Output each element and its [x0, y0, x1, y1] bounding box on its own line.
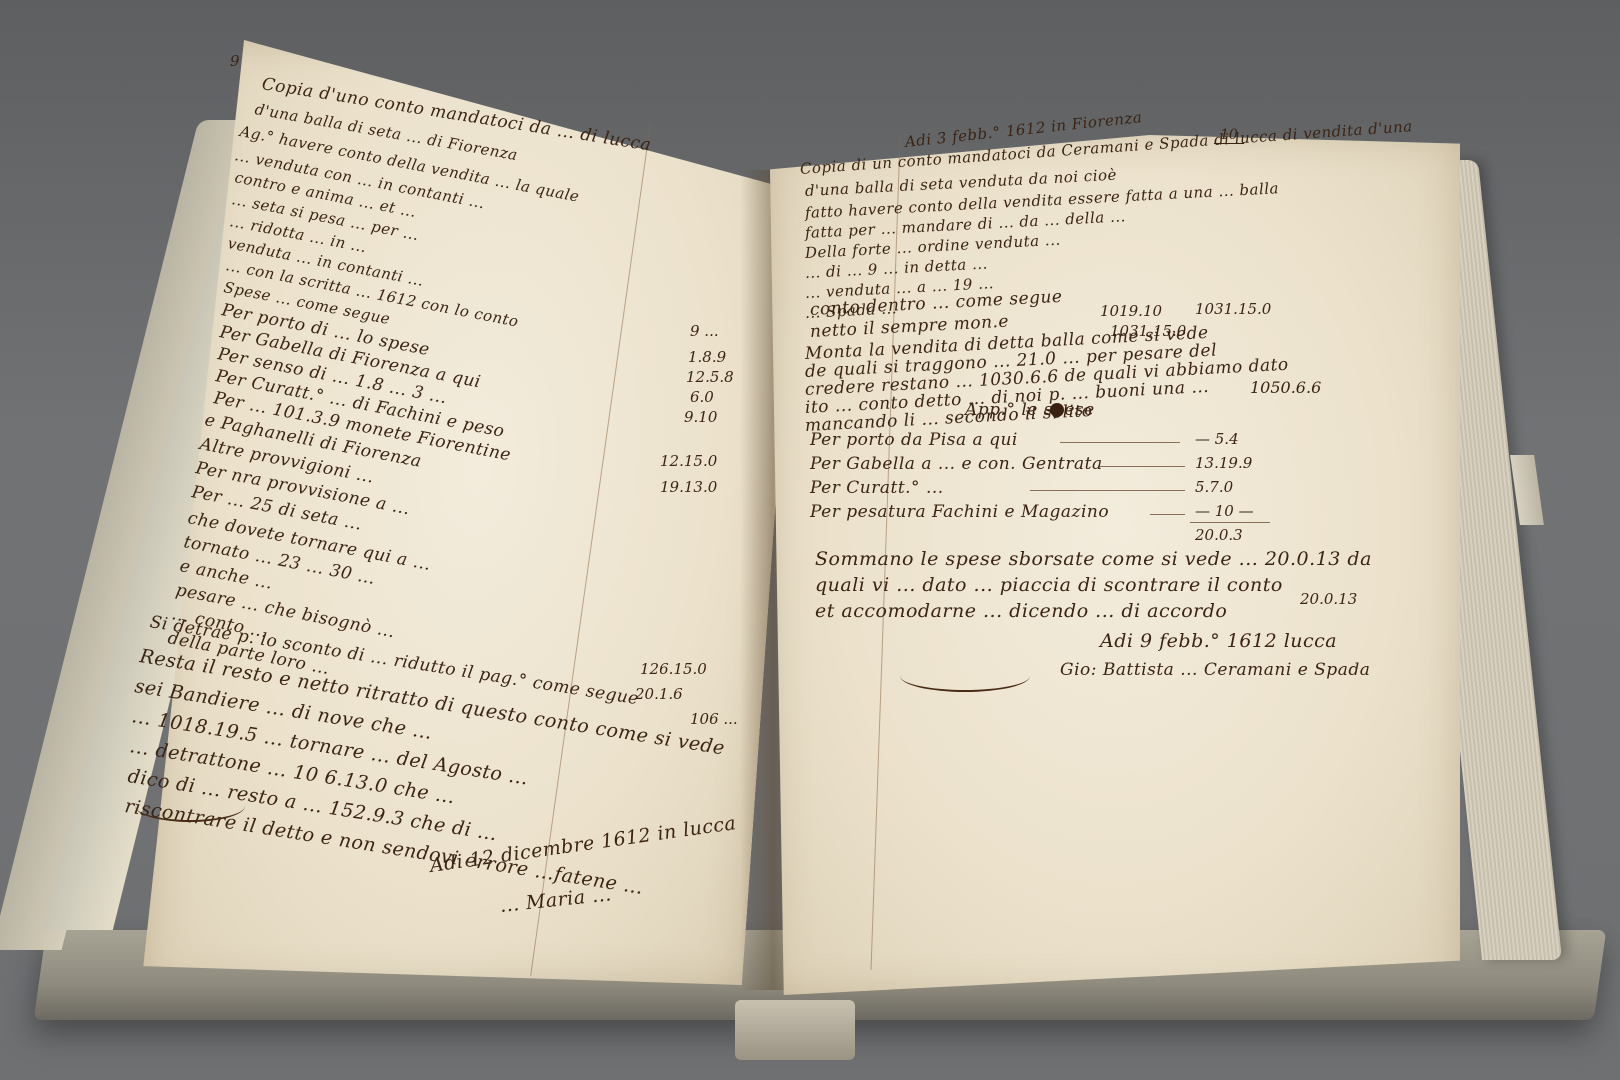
summary-line: quali vi ... dato ... piaccia di scontra…: [815, 574, 1283, 596]
expense-label: Per pesatura Fachini e Magazino: [810, 502, 1109, 522]
right-amount-gross: 1019.10: [1100, 302, 1162, 320]
left-amount: 12.15.0: [660, 452, 717, 470]
expense-amount: 13.19.9: [1195, 454, 1252, 472]
right-signature: Gio: Battista ... Ceramani e Spada: [1060, 660, 1370, 680]
expense-amount: 5.7.0: [1195, 478, 1233, 496]
expense-label: Per Gabella a ... e con. Gentrata: [810, 454, 1103, 474]
left-amount: 126.15.0: [640, 660, 707, 678]
total-rule: [1190, 522, 1270, 523]
expenses-heading: App.° le spese: [965, 400, 1095, 420]
expense-amount: — 10 —: [1195, 502, 1254, 520]
expenses-total: 20.0.3: [1195, 526, 1243, 544]
expense-leader-line: [1030, 490, 1185, 491]
right-amount-net: 1050.6.6: [1250, 378, 1321, 397]
left-amount: 1.8.9: [688, 348, 726, 366]
photo-scene: 9 Copia d'uno conto mandatoci da ... di …: [0, 0, 1620, 1080]
left-amount: 106 ...: [690, 710, 738, 728]
expense-amount: — 5.4: [1195, 430, 1239, 448]
left-amount: 19.13.0: [660, 478, 717, 496]
summary-line: et accomodarne ... dicendo ... di accord…: [815, 600, 1227, 622]
expense-leader-line: [1150, 514, 1185, 515]
expense-leader-line: [1100, 466, 1185, 467]
summary-amount: 20.0.13: [1300, 590, 1357, 608]
right-amount-gross-2: 1031.15.0: [1195, 300, 1271, 318]
left-amount: 6.0: [690, 388, 714, 406]
right-amount-line-2: 1031.15.0: [1110, 322, 1186, 340]
book-spine: [735, 1000, 855, 1060]
ink-blot: [1050, 403, 1064, 417]
expense-label: Per porto da Pisa a qui: [810, 430, 1018, 450]
expense-leader-line: [1060, 442, 1180, 443]
summary-line: Sommano le spese sborsate come si vede .…: [815, 548, 1372, 570]
left-paraph-flourish: [135, 790, 245, 822]
right-paraph-flourish: [900, 660, 1030, 692]
left-amount: 12.5.8: [686, 368, 734, 386]
expense-label: Per Curatt.° ...: [810, 478, 944, 498]
left-amount: 9 ...: [690, 322, 719, 340]
left-amount: 9.10: [684, 408, 717, 426]
left-folio-mark: 9: [230, 52, 240, 70]
right-closing-date: Adi 9 febb.° 1612 lucca: [1100, 630, 1337, 652]
left-amount: 20.1.6: [635, 685, 683, 703]
